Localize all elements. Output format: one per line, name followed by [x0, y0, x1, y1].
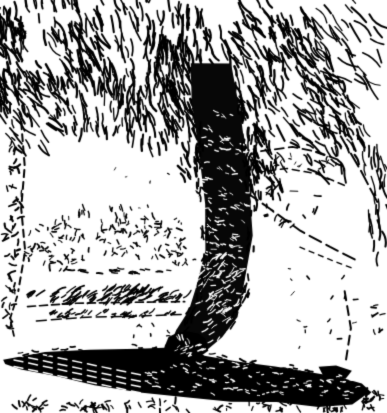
- engraving-figure: [0, 0, 387, 413]
- engraving-canvas: [0, 0, 387, 413]
